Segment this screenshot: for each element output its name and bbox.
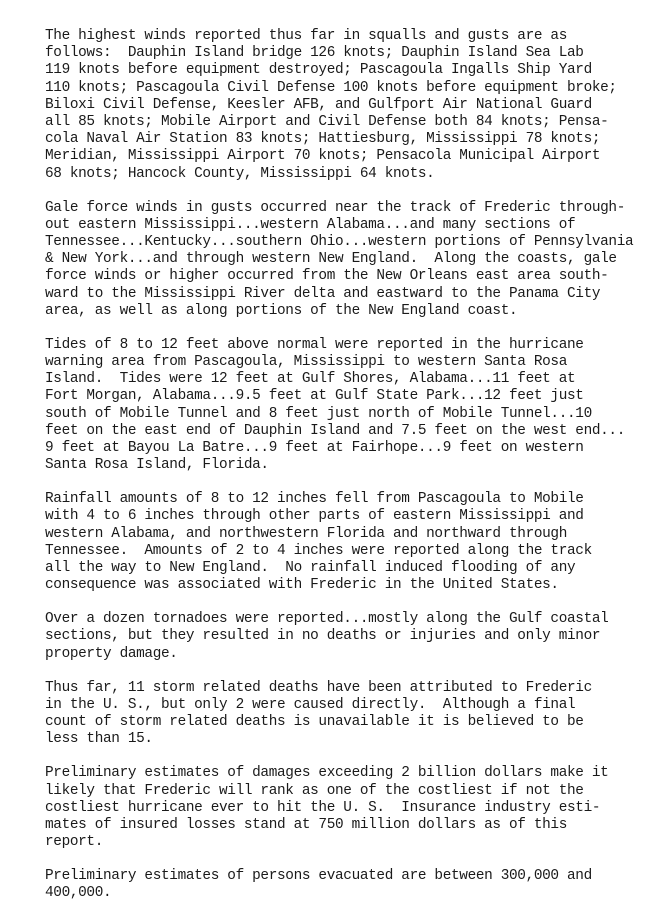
text-line: count of storm related deaths is unavail… — [45, 714, 645, 731]
document-page: The highest winds reported thus far in s… — [45, 28, 645, 912]
text-line: 110 knots; Pascagoula Civil Defense 100 … — [45, 80, 645, 97]
text-line: ward to the Mississippi River delta and … — [45, 286, 645, 303]
paragraph-gale-force-winds: Gale force winds in gusts occurred near … — [45, 200, 645, 320]
text-line: follows: Dauphin Island bridge 126 knots… — [45, 45, 645, 62]
text-line: all the way to New England. No rainfall … — [45, 560, 645, 577]
paragraph-tornadoes: Over a dozen tornadoes were reported...m… — [45, 611, 645, 663]
text-line: Over a dozen tornadoes were reported...m… — [45, 611, 645, 628]
paragraph-rainfall: Rainfall amounts of 8 to 12 inches fell … — [45, 491, 645, 594]
text-line: out eastern Mississippi...western Alabam… — [45, 217, 645, 234]
text-line: feet on the east end of Dauphin Island a… — [45, 423, 645, 440]
text-line: force winds or higher occurred from the … — [45, 268, 645, 285]
text-line: less than 15. — [45, 731, 645, 748]
text-line: all 85 knots; Mobile Airport and Civil D… — [45, 114, 645, 131]
text-line: western Alabama, and northwestern Florid… — [45, 526, 645, 543]
text-line: costliest hurricane ever to hit the U. S… — [45, 800, 645, 817]
text-line: warning area from Pascagoula, Mississipp… — [45, 354, 645, 371]
text-line: likely that Frederic will rank as one of… — [45, 783, 645, 800]
text-line: Meridian, Mississippi Airport 70 knots; … — [45, 148, 645, 165]
text-line: consequence was associated with Frederic… — [45, 577, 645, 594]
text-line: Rainfall amounts of 8 to 12 inches fell … — [45, 491, 645, 508]
paragraph-damages: Preliminary estimates of damages exceedi… — [45, 765, 645, 851]
text-line: report. — [45, 834, 645, 851]
text-line: Preliminary estimates of persons evacuat… — [45, 868, 645, 885]
text-line: 68 knots; Hancock County, Mississippi 64… — [45, 166, 645, 183]
text-line: Preliminary estimates of damages exceedi… — [45, 765, 645, 782]
text-line: Santa Rosa Island, Florida. — [45, 457, 645, 474]
text-line: area, as well as along portions of the N… — [45, 303, 645, 320]
text-line: Island. Tides were 12 feet at Gulf Shore… — [45, 371, 645, 388]
text-line: property damage. — [45, 646, 645, 663]
text-line: & New York...and through western New Eng… — [45, 251, 645, 268]
text-line: with 4 to 6 inches through other parts o… — [45, 508, 645, 525]
text-line: mates of insured losses stand at 750 mil… — [45, 817, 645, 834]
text-line: cola Naval Air Station 83 knots; Hatties… — [45, 131, 645, 148]
text-line: Fort Morgan, Alabama...9.5 feet at Gulf … — [45, 388, 645, 405]
paragraph-highest-winds: The highest winds reported thus far in s… — [45, 28, 645, 183]
text-line: Tennessee. Amounts of 2 to 4 inches were… — [45, 543, 645, 560]
text-line: 400,000. — [45, 885, 645, 902]
text-line: 9 feet at Bayou La Batre...9 feet at Fai… — [45, 440, 645, 457]
paragraph-evacuations: Preliminary estimates of persons evacuat… — [45, 868, 645, 902]
text-line: south of Mobile Tunnel and 8 feet just n… — [45, 406, 645, 423]
paragraph-deaths: Thus far, 11 storm related deaths have b… — [45, 680, 645, 749]
text-line: Biloxi Civil Defense, Keesler AFB, and G… — [45, 97, 645, 114]
text-line: Thus far, 11 storm related deaths have b… — [45, 680, 645, 697]
text-line: sections, but they resulted in no deaths… — [45, 628, 645, 645]
text-line: Tides of 8 to 12 feet above normal were … — [45, 337, 645, 354]
paragraph-tides: Tides of 8 to 12 feet above normal were … — [45, 337, 645, 475]
text-line: 119 knots before equipment destroyed; Pa… — [45, 62, 645, 79]
text-line: The highest winds reported thus far in s… — [45, 28, 645, 45]
text-line: in the U. S., but only 2 were caused dir… — [45, 697, 645, 714]
text-line: Gale force winds in gusts occurred near … — [45, 200, 645, 217]
text-line: Tennessee...Kentucky...southern Ohio...w… — [45, 234, 645, 251]
